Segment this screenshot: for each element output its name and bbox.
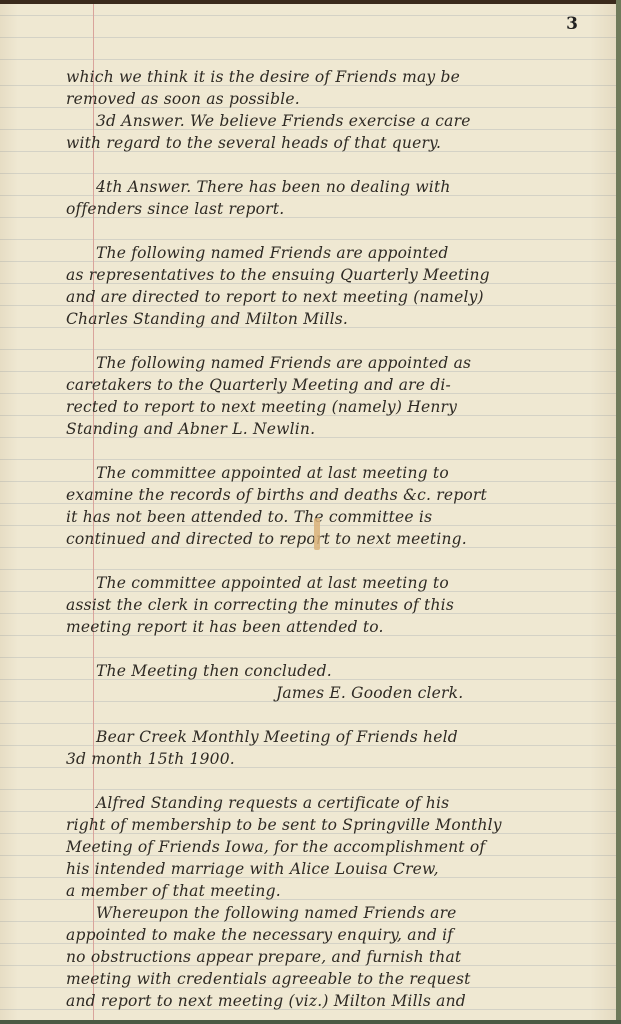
text-line: The Meeting then concluded. <box>66 660 611 682</box>
paragraph-conclusion: The Meeting then concluded. James E. Goo… <box>66 660 611 704</box>
text-line: with regard to the several heads of that… <box>66 132 611 154</box>
text-line: Meeting of Friends Iowa, for the accompl… <box>66 836 611 858</box>
text-line: appointed to make the necessary enquiry,… <box>66 924 611 946</box>
text-line: 3d month 15th 1900. <box>66 748 611 770</box>
paragraph-minutes-committee: The committee appointed at last meeting … <box>66 572 611 638</box>
page-number: 3 <box>566 14 578 34</box>
paragraph-records-committee: The committee appointed at last meeting … <box>66 462 611 550</box>
text-line: 4th Answer. There has been no dealing wi… <box>66 176 611 198</box>
paragraph-representatives: The following named Friends are appointe… <box>66 242 611 330</box>
text-line: examine the records of births and deaths… <box>66 484 611 506</box>
page-edge-bottom <box>0 1020 621 1024</box>
text-line: Charles Standing and Milton Mills. <box>66 308 611 330</box>
text-line: no obstructions appear prepare, and furn… <box>66 946 611 968</box>
text-line: 3d Answer. We believe Friends exercise a… <box>66 110 611 132</box>
text-line: as representatives to the ensuing Quarte… <box>66 264 611 286</box>
text-line: caretakers to the Quarterly Meeting and … <box>66 374 611 396</box>
text-line: continued and directed to report to next… <box>66 528 611 550</box>
text-line: The committee appointed at last meeting … <box>66 462 611 484</box>
text-line: right of membership to be sent to Spring… <box>66 814 611 836</box>
text-line: meeting with credentials agreeable to th… <box>66 968 611 990</box>
handwritten-minutes: which we think it is the desire of Frien… <box>66 66 611 1012</box>
text-line: Whereupon the following named Friends ar… <box>66 902 611 924</box>
text-line: and are directed to report to next meeti… <box>66 286 611 308</box>
text-line: a member of that meeting. <box>66 880 611 902</box>
text-line: The committee appointed at last meeting … <box>66 572 611 594</box>
paragraph-certificate-request: Alfred Standing requests a certificate o… <box>66 792 611 902</box>
text-line: Standing and Abner L. Newlin. <box>66 418 611 440</box>
text-line: meeting report it has been attended to. <box>66 616 611 638</box>
text-line: assist the clerk in correcting the minut… <box>66 594 611 616</box>
text-line: The following named Friends are appointe… <box>66 242 611 264</box>
paragraph-fourth-answer: 4th Answer. There has been no dealing wi… <box>66 176 611 220</box>
text-line: The following named Friends are appointe… <box>66 352 611 374</box>
text-line: Bear Creek Monthly Meeting of Friends he… <box>66 726 611 748</box>
text-line: which we think it is the desire of Frien… <box>66 66 611 88</box>
text-line: his intended marriage with Alice Louisa … <box>66 858 611 880</box>
paragraph-whereupon: Whereupon the following named Friends ar… <box>66 902 611 1012</box>
text-line: Alfred Standing requests a certificate o… <box>66 792 611 814</box>
text-line: offenders since last report. <box>66 198 611 220</box>
paragraph-continuation: which we think it is the desire of Frien… <box>66 66 611 110</box>
paragraph-caretakers: The following named Friends are appointe… <box>66 352 611 440</box>
text-line: removed as soon as possible. <box>66 88 611 110</box>
page-edge-right <box>616 0 621 1024</box>
paragraph-meeting-heading: Bear Creek Monthly Meeting of Friends he… <box>66 726 611 770</box>
ledger-page: 3 which we think it is the desire of Fri… <box>0 4 616 1020</box>
tape-mark <box>314 518 320 550</box>
text-line: it has not been attended to. The committ… <box>66 506 611 528</box>
text-line: and report to next meeting (viz.) Milton… <box>66 990 611 1012</box>
paragraph-third-answer: 3d Answer. We believe Friends exercise a… <box>66 110 611 154</box>
text-line: rected to report to next meeting (namely… <box>66 396 611 418</box>
clerk-signature: James E. Gooden clerk. <box>66 682 611 704</box>
